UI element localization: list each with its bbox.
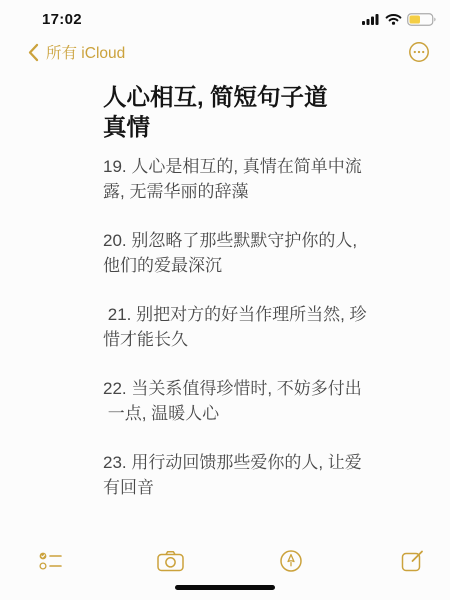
note-text-line: 20. 别忽略了那些默默守护你的人,	[103, 228, 379, 253]
note-title-line: 真情	[103, 112, 379, 142]
note-paragraph: 22. 当关系值得珍惜时, 不妨多付出 一点, 温暖人心	[103, 376, 379, 426]
ellipsis-circle-icon	[408, 41, 430, 63]
compose-icon	[400, 549, 424, 573]
note-text-line: 23. 用行动回馈那些爱你的人, 让爱	[103, 450, 379, 475]
note-paragraph: 20. 别忽略了那些默默守护你的人, 他们的爱最深沉	[103, 228, 379, 278]
back-button[interactable]: 所有 iCloud	[28, 41, 125, 63]
note-editor-area[interactable]: 人心相互, 简短句子道 真情 19. 人心是相互的, 真情在简单中流 露, 无需…	[103, 82, 379, 524]
note-text-line: 惜才能长久	[103, 327, 379, 352]
note-title-line: 人心相互, 简短句子道	[103, 82, 379, 112]
checklist-icon	[38, 550, 63, 572]
note-text-line: 有回音	[103, 475, 379, 500]
back-button-label: 所有 iCloud	[46, 41, 125, 63]
note-paragraph: 23. 用行动回馈那些爱你的人, 让爱 有回音	[103, 450, 379, 500]
note-text-line: 他们的爱最深沉	[103, 253, 379, 278]
cellular-signal-icon	[362, 13, 380, 25]
status-icons	[362, 13, 436, 26]
camera-button[interactable]	[157, 547, 185, 575]
bottom-toolbar	[0, 544, 450, 578]
wifi-icon	[385, 13, 402, 25]
nav-bar: 所有 iCloud	[0, 36, 450, 68]
note-paragraph: 21. 别把对方的好当作理所当然, 珍 惜才能长久	[103, 302, 379, 352]
notes-app-screen: 17:02 所有 iClou	[0, 0, 450, 600]
compose-button[interactable]	[398, 547, 426, 575]
clock-text: 17:02	[42, 11, 82, 28]
note-text-line: 一点, 温暖人心	[103, 401, 379, 426]
chevron-left-icon	[28, 43, 39, 62]
more-options-button[interactable]	[408, 41, 430, 63]
checklist-button[interactable]	[36, 547, 64, 575]
note-title: 人心相互, 简短句子道 真情	[103, 82, 379, 142]
note-text-line: 19. 人心是相互的, 真情在简单中流	[103, 154, 379, 179]
home-indicator[interactable]	[175, 585, 275, 590]
markup-icon	[279, 549, 303, 573]
camera-icon	[157, 550, 184, 572]
note-text-line: 22. 当关系值得珍惜时, 不妨多付出	[103, 376, 379, 401]
note-text-line: 21. 别把对方的好当作理所当然, 珍	[103, 302, 379, 327]
note-text-line: 露, 无需华丽的辞藻	[103, 179, 379, 204]
status-bar: 17:02	[0, 0, 450, 30]
note-paragraph: 19. 人心是相互的, 真情在简单中流 露, 无需华丽的辞藻	[103, 154, 379, 204]
battery-icon	[407, 13, 436, 26]
markup-button[interactable]	[277, 547, 305, 575]
